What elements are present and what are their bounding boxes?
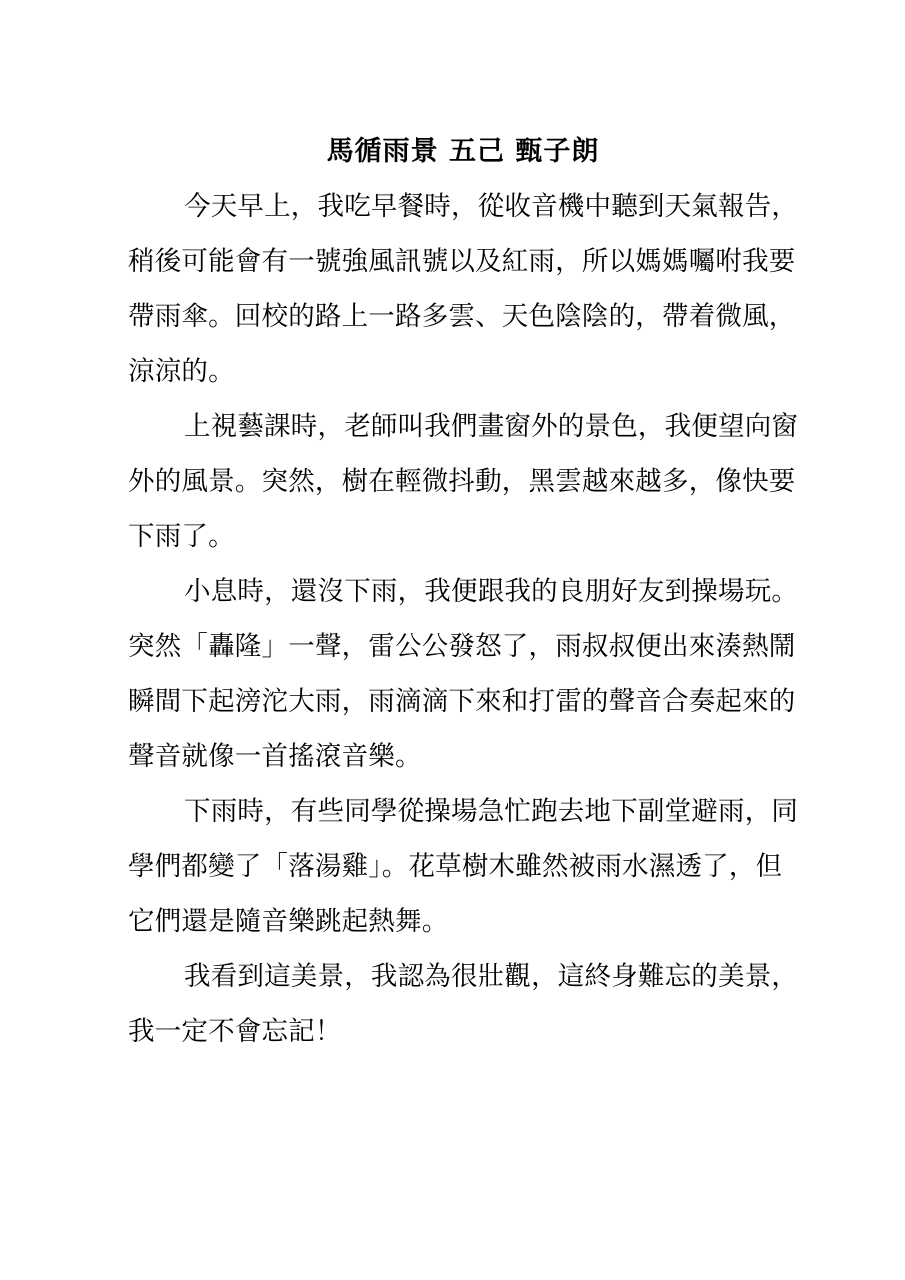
text-line: 突然「轟隆」一聲，雷公公發怒了，雨叔叔便出來湊熱鬧 <box>128 619 798 674</box>
essay-title: 馬循雨景 五己 甄子朗 <box>128 124 798 179</box>
text-line: 今天早上，我吃早餐時，從收音機中聽到天氣報告， <box>128 179 798 234</box>
text-line: 下雨時，有些同學從操場急忙跑去地下副堂避雨，同 <box>128 784 798 839</box>
essay-content: 馬循雨景 五己 甄子朗 今天早上，我吃早餐時，從收音機中聽到天氣報告，稍後可能會… <box>128 124 798 1059</box>
paragraph: 小息時，還沒下雨，我便跟我的良朋好友到操場玩。突然「轟隆」一聲，雷公公發怒了，雨… <box>128 564 798 784</box>
text-line: 小息時，還沒下雨，我便跟我的良朋好友到操場玩。 <box>128 564 798 619</box>
paragraph: 我看到這美景，我認為很壯觀，這終身難忘的美景，我一定不會忘記！ <box>128 949 798 1059</box>
paragraph: 上視藝課時，老師叫我們畫窗外的景色，我便望向窗外的風景。突然，樹在輕微抖動，黑雲… <box>128 399 798 564</box>
paragraph: 今天早上，我吃早餐時，從收音機中聽到天氣報告，稍後可能會有一號強風訊號以及紅雨，… <box>128 179 798 399</box>
text-line: 下雨了。 <box>128 509 798 564</box>
paragraph: 下雨時，有些同學從操場急忙跑去地下副堂避雨，同學們都變了「落湯雞」。花草樹木雖然… <box>128 784 798 949</box>
text-line: 瞬間下起滂沱大雨，雨滴滴下來和打雷的聲音合奏起來的 <box>128 674 798 729</box>
text-line: 涼涼的。 <box>128 344 798 399</box>
text-line: 稍後可能會有一號強風訊號以及紅雨，所以媽媽囑咐我要 <box>128 234 798 289</box>
text-line: 外的風景。突然，樹在輕微抖動，黑雲越來越多，像快要 <box>128 454 798 509</box>
text-line: 聲音就像一首搖滾音樂。 <box>128 729 798 784</box>
text-line: 它們還是隨音樂跳起熱舞。 <box>128 894 798 949</box>
essay-body: 今天早上，我吃早餐時，從收音機中聽到天氣報告，稍後可能會有一號強風訊號以及紅雨，… <box>128 179 798 1059</box>
text-line: 帶雨傘。回校的路上一路多雲、天色陰陰的，帶着微風， <box>128 289 798 344</box>
text-line: 我看到這美景，我認為很壯觀，這終身難忘的美景， <box>128 949 798 1004</box>
text-line: 我一定不會忘記！ <box>128 1004 798 1059</box>
text-line: 學們都變了「落湯雞」。花草樹木雖然被雨水濕透了，但 <box>128 839 798 894</box>
text-line: 上視藝課時，老師叫我們畫窗外的景色，我便望向窗 <box>128 399 798 454</box>
document-page: 馬循雨景 五己 甄子朗 今天早上，我吃早餐時，從收音機中聽到天氣報告，稍後可能會… <box>0 0 905 1280</box>
